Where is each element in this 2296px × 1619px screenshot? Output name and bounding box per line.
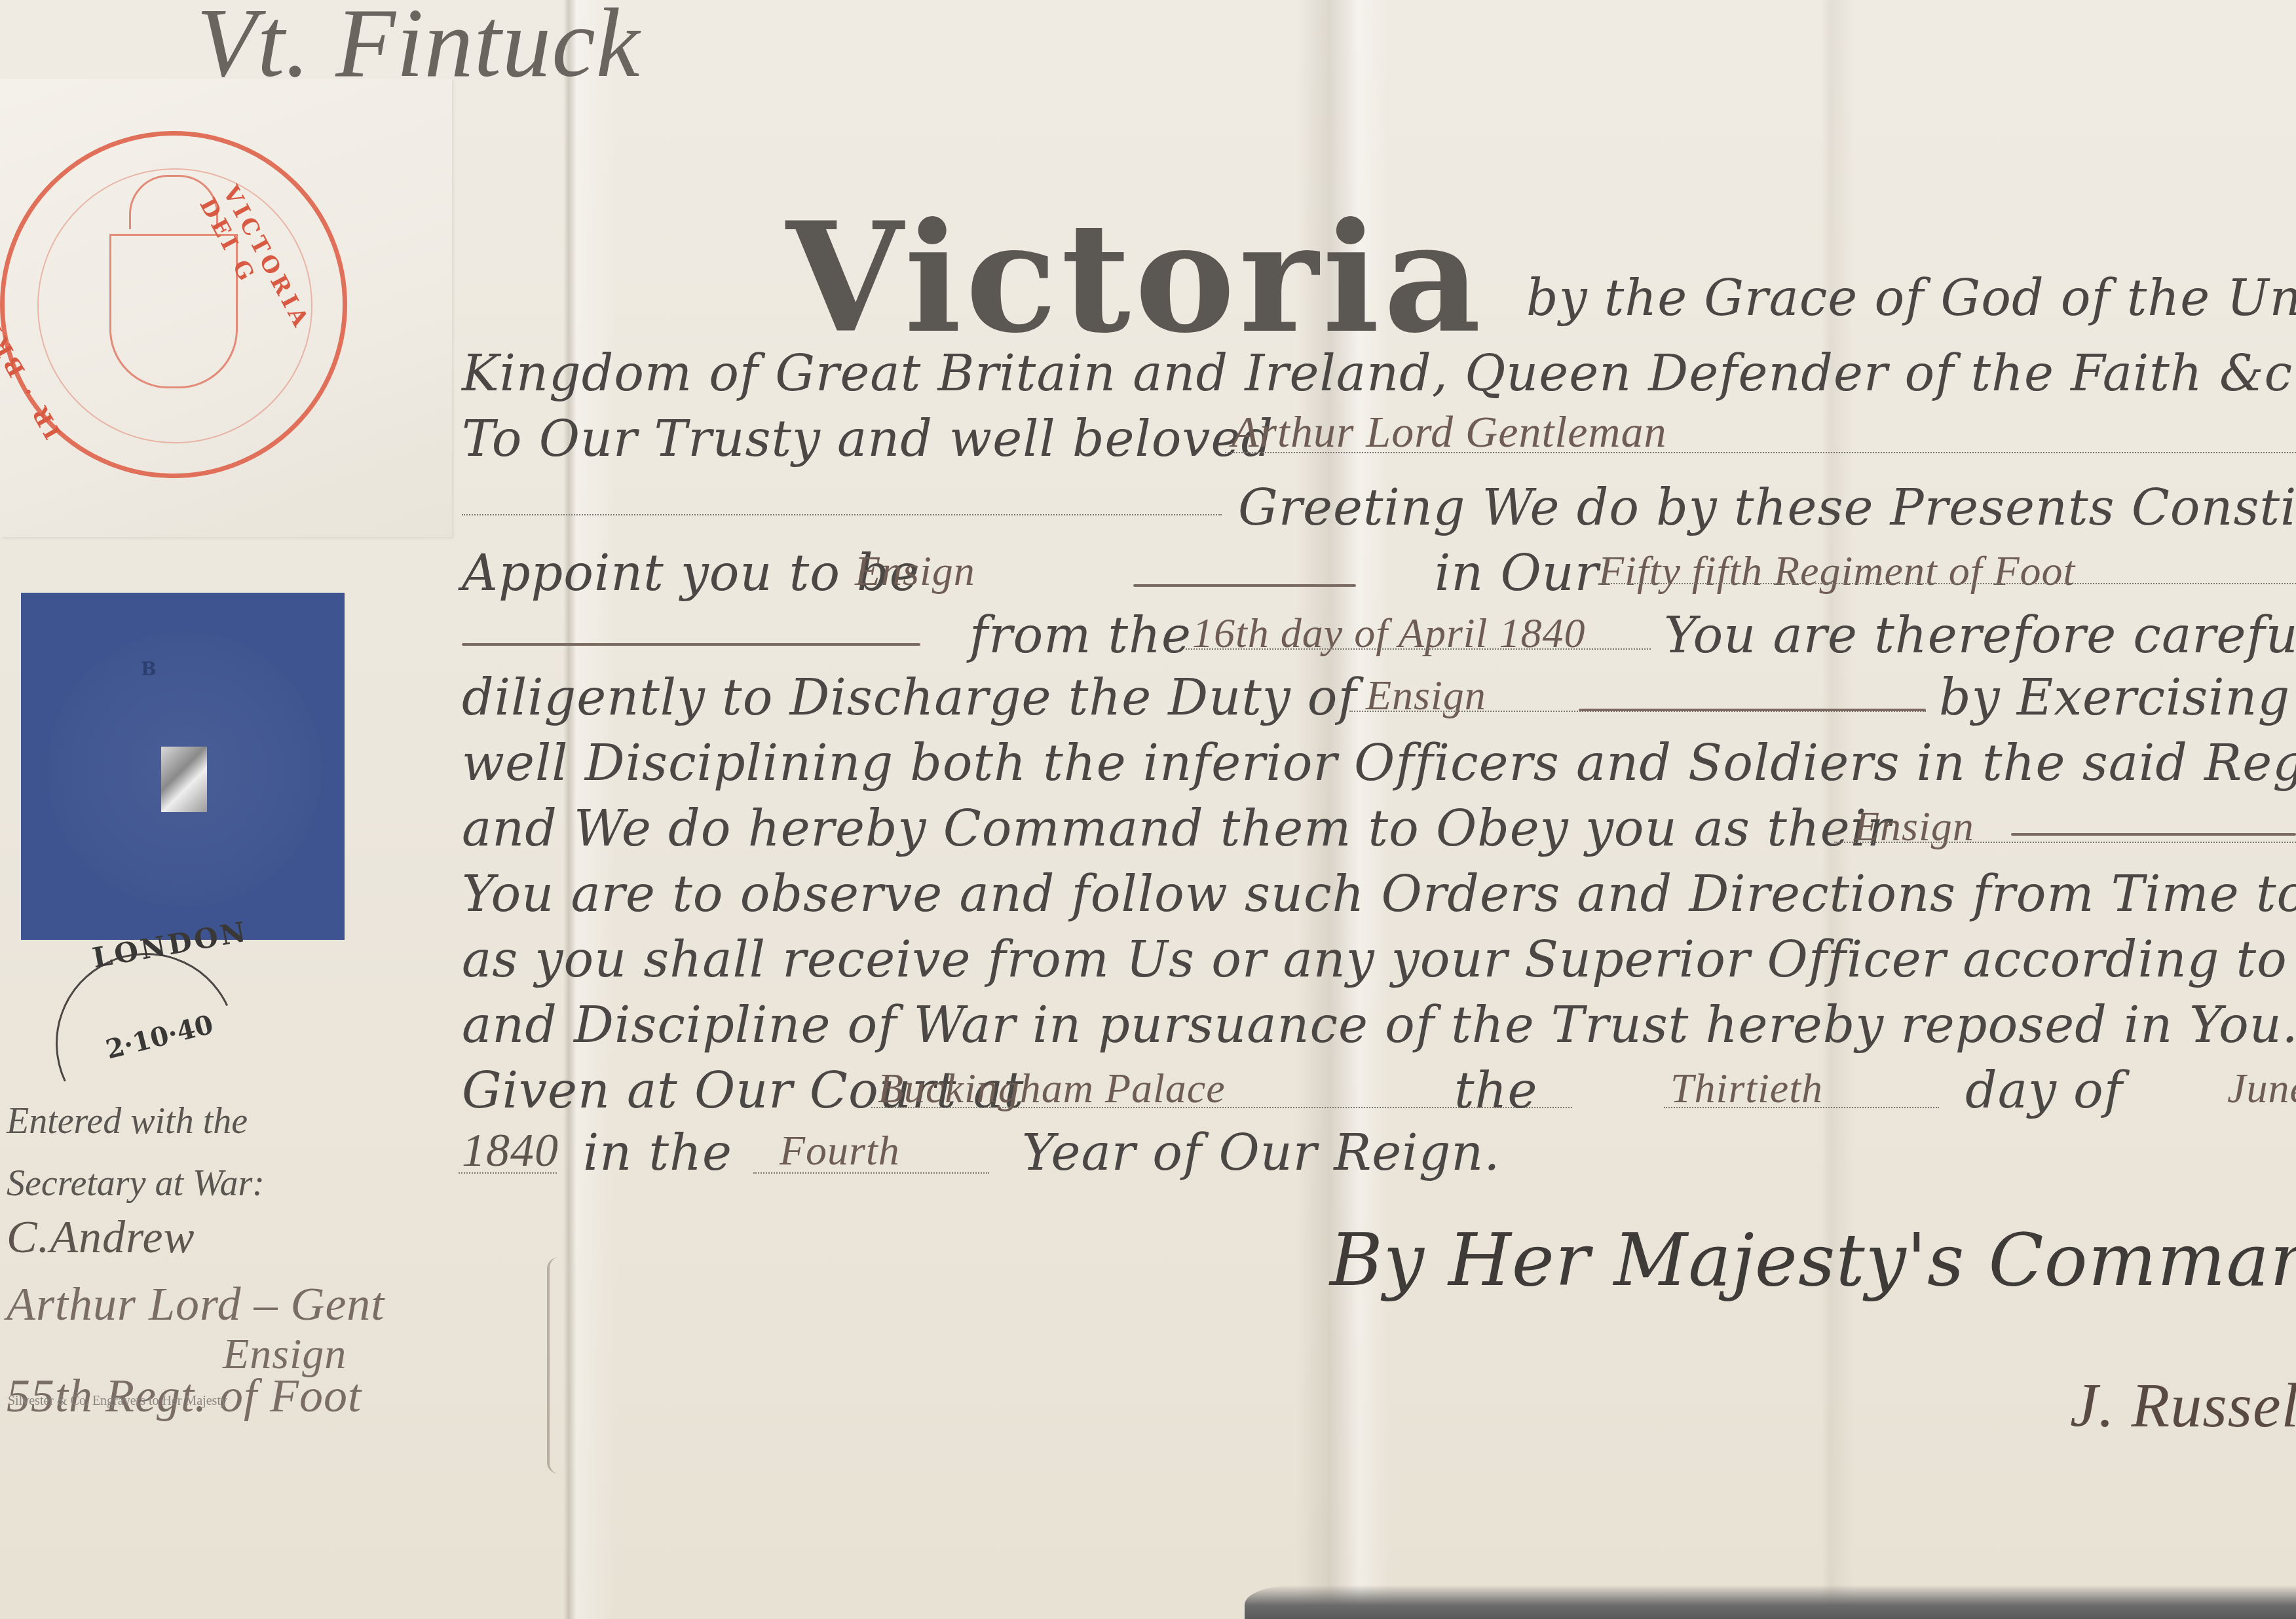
grantee-line bbox=[1225, 452, 2296, 453]
date-lead-rule bbox=[462, 643, 920, 646]
month-filled: June bbox=[2227, 1064, 2296, 1113]
body-line-reign: Year of Our Reign. bbox=[1022, 1123, 1500, 1182]
blank-line bbox=[462, 514, 1222, 515]
day-filled: Thirtieth bbox=[1670, 1064, 1823, 1113]
regnal-line bbox=[753, 1172, 989, 1174]
body-line-from-the: from the bbox=[969, 606, 1192, 664]
grantee-name: Arthur Lord Gentleman bbox=[1232, 406, 1666, 458]
regnal-year: Fourth bbox=[780, 1126, 900, 1175]
body-line-greeting: Greeting We do by these Presents Constit… bbox=[1238, 478, 2296, 536]
heading-tail: by the Grace of God of the United bbox=[1526, 269, 2296, 327]
royal-arms-shield-icon bbox=[109, 234, 238, 388]
body-line-diligently: diligently to Discharge the Duty of bbox=[462, 668, 1357, 726]
body-line-careful: You are therefore carefully and bbox=[1664, 606, 2296, 664]
date-line bbox=[1186, 648, 1651, 650]
body-line-receive: as you shall receive from Us or any your… bbox=[462, 930, 2296, 988]
body-line-disciplining: well Disciplining both the inferior Offi… bbox=[462, 734, 2296, 792]
body-line-day-of: day of bbox=[1965, 1061, 2123, 1119]
regiment-line bbox=[1598, 583, 2296, 584]
body-line-discipline: and Discipline of War in pursuance of th… bbox=[462, 996, 2296, 1054]
body-line-appoint: Appoint you to be bbox=[462, 544, 920, 602]
body-line-obey: and We do hereby Command them to Obey yo… bbox=[462, 799, 1891, 857]
body-line-in-the: in the bbox=[583, 1123, 732, 1182]
page-curl-shadow bbox=[1245, 1585, 2296, 1619]
engraver-imprint: Silvester & Co. Engravers to Her Majesty bbox=[8, 1394, 227, 1409]
secretary-signature: J. Russell bbox=[2070, 1369, 2296, 1442]
day-line bbox=[1664, 1107, 1939, 1108]
body-line-exercising: by Exercising and bbox=[1939, 668, 2296, 726]
regiment-filled: Fifty fifth Regiment of Foot bbox=[1598, 547, 2075, 595]
stamp-letter: B bbox=[141, 658, 157, 680]
blue-duty-stamp: B bbox=[21, 593, 345, 940]
entered-with-line1: Entered with the bbox=[7, 1100, 248, 1142]
by-command: By Her Majesty's Command bbox=[1330, 1218, 2296, 1302]
silver-foil-tab bbox=[161, 747, 207, 812]
obey-rule bbox=[2011, 833, 2296, 836]
duty-rank-filled: Ensign bbox=[1366, 671, 1486, 720]
monarch-name-heading: Victoria bbox=[786, 190, 1485, 367]
body-line-the: the bbox=[1454, 1061, 1537, 1119]
red-wafer-seal: VICTORIA DEI G IR · BRIT bbox=[0, 131, 347, 478]
body-line-observe: You are to observe and follow such Order… bbox=[462, 865, 2296, 923]
clerk-signature: C.Andrew bbox=[7, 1212, 195, 1264]
duty-rule bbox=[1579, 709, 1926, 711]
rank-rule bbox=[1133, 584, 1356, 587]
indenture-cut-line bbox=[547, 1257, 569, 1474]
body-line-in-our: in Our bbox=[1435, 544, 1599, 602]
entered-with-line2: Secretary at War: bbox=[7, 1163, 265, 1204]
court-place: Buckingham Palace bbox=[878, 1064, 1226, 1113]
rank-filled: Ensign bbox=[855, 547, 975, 595]
body-line-trusty: To Our Trusty and well beloved bbox=[462, 409, 1273, 468]
effective-date: 16th day of April 1840 bbox=[1192, 609, 1585, 658]
obey-rank-filled: Ensign bbox=[1854, 802, 1974, 851]
obey-line bbox=[1834, 842, 2296, 843]
year-line bbox=[459, 1172, 557, 1174]
body-line-kingdom: Kingdom of Great Britain and Ireland, Qu… bbox=[462, 344, 2296, 402]
stub-name: Arthur Lord – Gent bbox=[7, 1277, 385, 1331]
year-filled: 1840 bbox=[462, 1123, 559, 1178]
